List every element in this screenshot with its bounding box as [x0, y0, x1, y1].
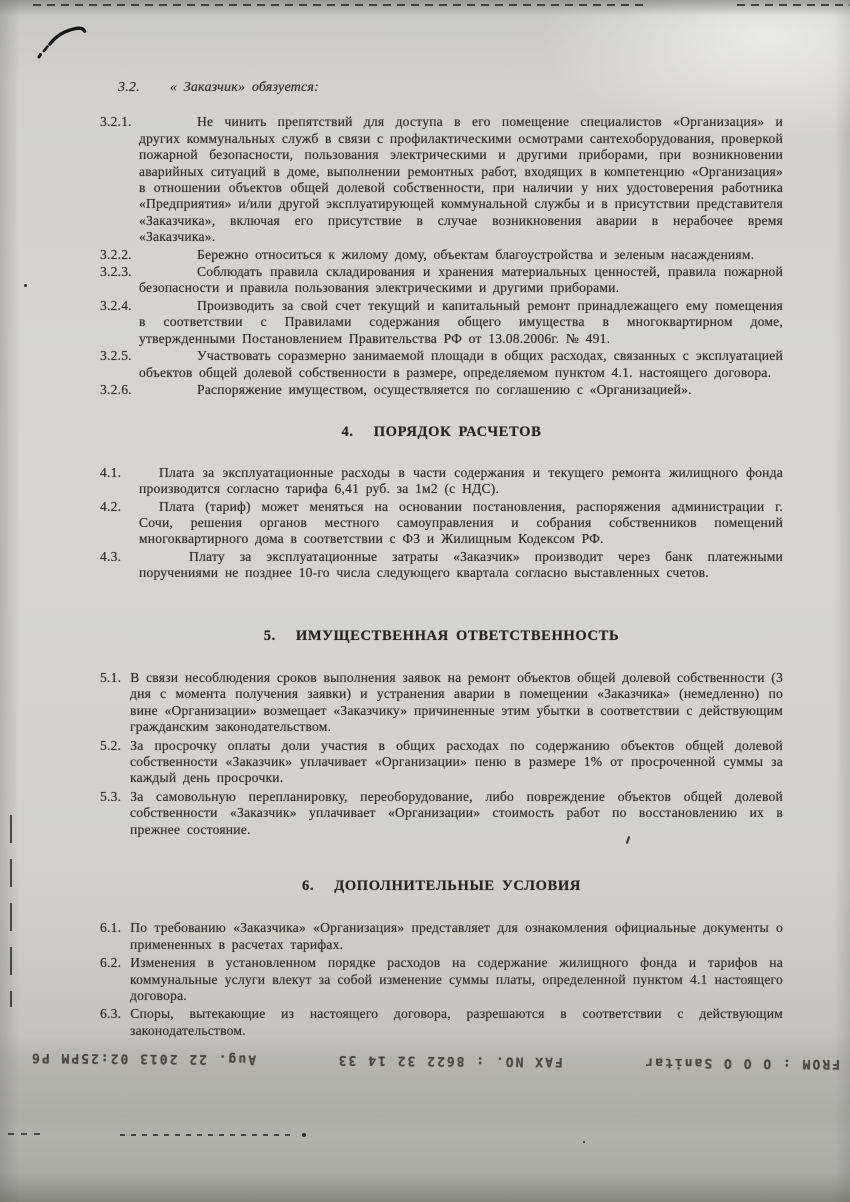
clause-number: 3.2.2.: [100, 247, 139, 263]
clause-number: 3.2.6.: [100, 382, 139, 398]
clause-5-2: 5.2.За просрочку оплаты доли участия в о…: [100, 738, 783, 787]
clause-text: Распоряжение имуществом, осуществляется …: [139, 382, 783, 398]
clause-text: За самовольную перепланировку, переобору…: [130, 789, 783, 837]
clause-text: В связи несоблюдения сроков выполнения з…: [130, 670, 783, 734]
scan-speck: [302, 1133, 306, 1137]
scan-artifact-top-dashed-line: [33, 4, 645, 6]
clause-3-2-heading: 3.2.« Заказчик» обязуется:: [118, 80, 783, 96]
clause-text: Изменения в установленном порядке расход…: [130, 955, 783, 1003]
section-number: 4.: [342, 424, 354, 440]
clause-6-3: 6.3.Споры, вытекающие из настоящего дого…: [100, 1006, 783, 1039]
section-4-heading: 4.ПОРЯДОК РАСЧЕТОВ: [100, 424, 783, 440]
clause-text: По требованию «Заказчика» «Организация» …: [130, 920, 783, 951]
clause-3-2-title: « Заказчик» обязуется:: [170, 80, 319, 95]
clause-3-2-3: 3.2.3. Соблюдать правила складирования и…: [100, 264, 783, 297]
clause-number: 6.3.: [100, 1006, 121, 1021]
fax-transmission-header: FROM : O O O Sanitar FAX NO. : 8622 32 1…: [30, 1045, 840, 1077]
clause-number: 3.2.1.: [100, 114, 139, 130]
clause-number: 4.2.: [100, 499, 139, 515]
clause-number: 3.2.4.: [100, 298, 139, 314]
clause-6-1: 6.1.По требованию «Заказчика» «Организац…: [100, 920, 783, 953]
clause-text: Соблюдать правила складирования и хранен…: [139, 264, 783, 297]
clause-number: 5.2.: [100, 738, 121, 753]
clause-text: Плата (тариф) может меняться на основани…: [139, 499, 783, 548]
clause-4-2: 4.2. Плата (тариф) может меняться на осн…: [100, 499, 783, 548]
clause-text: Участвовать соразмерно занимаемой площад…: [139, 348, 783, 381]
scan-artifact-bottom-dashes-left: [8, 1133, 44, 1135]
section-number: 6.: [302, 878, 314, 894]
scan-artifact-left-margin-dashes: [10, 815, 12, 1007]
document-body: 3.2.« Заказчик» обязуется: 3.2.1. Не чин…: [100, 80, 783, 1041]
section-title: ИМУЩЕСТВЕННАЯ ОТВЕТСТВЕННОСТЬ: [296, 628, 619, 644]
clause-number: 3.2.: [118, 80, 140, 95]
clause-text: За просрочку оплаты доли участия в общих…: [130, 738, 783, 786]
scan-artifact-top-dashed-line-right: [737, 4, 850, 6]
clause-3-2-5: 3.2.5. Участвовать соразмерно занимаемой…: [100, 348, 783, 381]
clause-number: 3.2.3.: [100, 264, 139, 280]
fax-from: FROM : O O O Sanitar: [643, 1055, 840, 1072]
section-6-heading: 6.ДОПОЛНИТЕЛЬНЫЕ УСЛОВИЯ: [100, 878, 783, 894]
clause-3-2-4: 3.2.4. Производить за свой счет текущий …: [100, 298, 783, 347]
clause-number: 3.2.5.: [100, 348, 139, 364]
section-title: ПОРЯДОК РАСЧЕТОВ: [374, 424, 542, 440]
scan-artifact-bottom-dashed-line: [120, 1134, 296, 1136]
clause-4-3: 4.3. Плату за эксплуатационные затраты «…: [100, 549, 783, 582]
section-title: ДОПОЛНИТЕЛЬНЫЕ УСЛОВИЯ: [334, 878, 581, 894]
clause-3-2-6: 3.2.6. Распоряжение имуществом, осуществ…: [100, 382, 783, 398]
clause-4-1: 4.1. Плата за эксплуатационные расходы в…: [100, 465, 783, 498]
clause-text: Плату за эксплуатационные затраты «Заказ…: [139, 549, 783, 582]
clause-number: 4.1.: [100, 465, 139, 481]
fax-number: FAX NO. : 8622 32 14 33: [337, 1053, 563, 1070]
clause-5-1: 5.1.В связи несоблюдения сроков выполнен…: [100, 670, 783, 736]
fax-timestamp: Aug. 22 2013 02:25PM P6: [30, 1050, 256, 1067]
clause-6-2: 6.2.Изменения в установленном порядке ра…: [100, 955, 783, 1004]
clause-number: 6.1.: [100, 920, 121, 935]
pen-scribble-mark: [32, 20, 94, 62]
clause-text: Бережно относиться к жилому дому, объект…: [139, 247, 783, 263]
clause-text: Производить за свой счет текущий и капит…: [139, 298, 783, 347]
clause-5-3: 5.3.За самовольную перепланировку, перео…: [100, 789, 783, 838]
scanned-contract-page: 3.2.« Заказчик» обязуется: 3.2.1. Не чин…: [0, 0, 850, 1202]
clause-number: 4.3.: [100, 549, 139, 565]
clause-text: Плата за эксплуатационные расходы в част…: [139, 465, 783, 498]
clause-number: 5.1.: [100, 670, 121, 685]
scan-speck: [583, 1141, 585, 1143]
clause-3-2-2: 3.2.2. Бережно относиться к жилому дому,…: [100, 247, 783, 263]
section-5-heading: 5.ИМУЩЕСТВЕННАЯ ОТВЕТСТВЕННОСТЬ: [100, 628, 783, 644]
clause-text: Не чинить препятствий для доступа в его …: [139, 114, 783, 245]
clause-number: 6.2.: [100, 955, 121, 970]
scan-speck: [24, 284, 27, 287]
clause-text: Споры, вытекающие из настоящего договора…: [130, 1006, 783, 1037]
clause-number: 5.3.: [100, 789, 121, 804]
section-number: 5.: [264, 628, 276, 644]
clause-3-2-1: 3.2.1. Не чинить препятствий для доступа…: [100, 114, 783, 245]
